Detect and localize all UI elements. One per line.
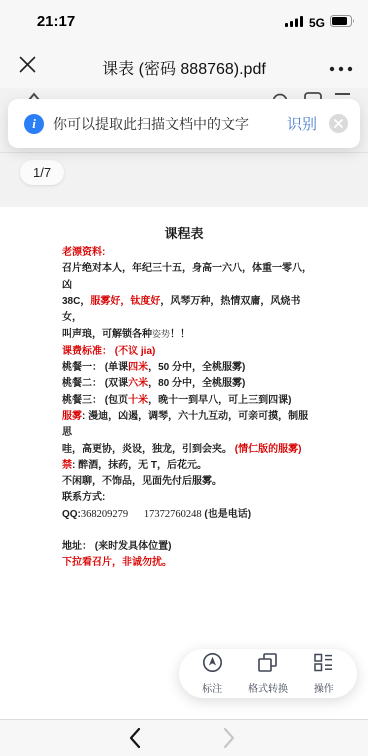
doc-title: 课程表 (0, 223, 368, 242)
chevron-left-icon (128, 727, 142, 749)
doc-text-segment: (也是电话) (202, 509, 251, 520)
doc-text-segment: 地址： (来时发具体位置) (62, 541, 171, 552)
close-button[interactable] (16, 56, 38, 78)
format-convert-label: 格式转换 (248, 680, 288, 695)
doc-text-segment: 服雾 (62, 411, 82, 422)
annotate-button[interactable]: 标注 (202, 652, 223, 695)
actions-icon (313, 652, 334, 678)
doc-text-segment: 38C， (62, 296, 90, 307)
doc-text-segment: (情仁版的服雾) (235, 444, 302, 455)
doc-text-segment: 姿势 (152, 329, 170, 339)
doc-line: 哇，高更协，炎设，独龙，引到会夹。 (情仁版的服雾) (62, 442, 316, 458)
close-icon (334, 119, 343, 128)
doc-text-segment: 服雾好，钛度好 (90, 296, 160, 307)
doc-line: 下拉看召片，非诚勿扰。 (62, 555, 316, 571)
doc-text-segment: ，晚十一到早八，可上三到四课) (148, 395, 291, 406)
network-type-label: 5G (309, 16, 325, 30)
banner-close-button[interactable] (329, 114, 348, 133)
page-indicator: 1/7 (20, 160, 64, 185)
doc-line: 服雾: 漫迪，凶遏，调琴，六十九互动，可亲可摸，制服思 (62, 409, 316, 442)
doc-text-segment: 老漂资料: (62, 247, 105, 258)
annotate-icon (202, 652, 223, 678)
next-page-button[interactable] (222, 727, 236, 754)
doc-text-segment: 368209279 17372760248 (81, 509, 202, 520)
status-bar: 21:17 5G (0, 0, 368, 44)
doc-text-segment: ，80 分中，全桃服雾) (148, 378, 245, 389)
convert-icon (257, 652, 278, 678)
more-button[interactable] (328, 64, 354, 72)
screen: 21:17 5G 课表 (密码 888768).pdf (0, 0, 368, 756)
signal-strength-icon (285, 14, 304, 32)
doc-line: 课费标准： (不议 jia) (62, 344, 316, 360)
doc-text-segment: 桃餐二： (双课 (62, 378, 128, 389)
clock: 21:17 (28, 13, 84, 30)
page-title: 课表 (密码 888768).pdf (50, 56, 318, 79)
doc-text-segment: 哇，高更协，炎设，独龙，引到会夹。 (62, 444, 235, 455)
info-icon: i (24, 114, 44, 134)
doc-text-segment: 课费标准： (不议 jia) (62, 346, 155, 357)
doc-line: 老漂资料: (62, 245, 316, 261)
doc-text-segment: 不闲聊，不饰品，见面先付后服雾。 (62, 476, 222, 487)
doc-line: 38C，服雾好，钛度好，风琴万种，热情双庸，风烧书女， (62, 294, 316, 327)
doc-line: 地址： (来时发具体位置) (62, 539, 316, 555)
actions-label: 操作 (314, 680, 334, 695)
actions-button[interactable]: 操作 (313, 652, 334, 695)
doc-line: 禁: 醉酒，抹药，无 T，后花元。 (62, 458, 316, 474)
ellipsis-icon (329, 59, 353, 77)
doc-line: 联系方式: (62, 490, 316, 506)
doc-text-segment: 六米 (128, 378, 148, 389)
doc-text-segment: 叫声琅，可解锁各种 (62, 329, 152, 340)
pdf-page: 课程表 老漂资料:召片绝对本人，年纪三十五，身高一六八，体重一零八，凶38C，服… (0, 207, 368, 719)
doc-text-segment: 召片绝对本人，年纪三十五，身高一六八，体重一零八，凶 (62, 263, 312, 290)
doc-text-segment: : 醉酒，抹药，无 T，后花元。 (72, 460, 207, 471)
doc-text-segment: 十米 (128, 395, 148, 406)
doc-text-segment: : 漫迪，凶遏，调琴，六十九互动，可亲可摸，制服思 (62, 411, 308, 438)
bottom-nav (0, 719, 368, 756)
doc-line: 桃餐三： (包页十米，晚十一到早八，可上三到四课) (62, 393, 316, 409)
doc-line: QQ:368209279 17372760248 (也是电话) (62, 507, 316, 523)
format-convert-button[interactable]: 格式转换 (248, 652, 288, 695)
doc-text-segment: ！！ (170, 329, 190, 340)
doc-line: 叫声琅，可解锁各种姿势！！ (62, 326, 316, 343)
doc-line: 召片绝对本人，年纪三十五，身高一六八，体重一零八，凶 (62, 261, 316, 294)
prev-page-button[interactable] (128, 727, 142, 754)
doc-body: 老漂资料:召片绝对本人，年纪三十五，身高一六八，体重一零八，凶38C，服雾好，钛… (62, 245, 316, 572)
doc-text-segment: 四米 (128, 362, 148, 373)
recognize-button[interactable]: 识别 (287, 113, 317, 134)
annotate-label: 标注 (202, 680, 222, 695)
doc-text-segment: ，50 分中，全桃服雾) (148, 362, 245, 373)
header: 课表 (密码 888768).pdf (0, 44, 368, 88)
toolbar-divider (0, 152, 368, 153)
doc-line: 不闲聊，不饰品，见面先付后服雾。 (62, 474, 316, 490)
floating-toolbar: 标注 格式转换 操作 (179, 649, 357, 698)
doc-line: 桃餐二： (双课六米，80 分中，全桃服雾) (62, 376, 316, 392)
doc-text-segment: 联系方式: (62, 492, 105, 503)
close-icon (19, 56, 36, 78)
ocr-banner: i 你可以提取此扫描文档中的文字 识别 (8, 99, 360, 148)
status-icons: 5G (285, 14, 356, 32)
doc-text-segment: 下拉看召片，非诚勿扰。 (62, 557, 172, 568)
doc-line: 桃餐一： (单课四米，50 分中，全桃服雾) (62, 360, 316, 376)
doc-text-segment: QQ: (62, 509, 81, 520)
doc-text-segment: 桃餐一： (单课 (62, 362, 128, 373)
chevron-right-icon (222, 727, 236, 749)
doc-text-segment: 桃餐三： (包页 (62, 395, 128, 406)
banner-text: 你可以提取此扫描文档中的文字 (53, 114, 287, 134)
doc-text-segment: 禁 (62, 460, 72, 471)
battery-icon (330, 14, 356, 32)
